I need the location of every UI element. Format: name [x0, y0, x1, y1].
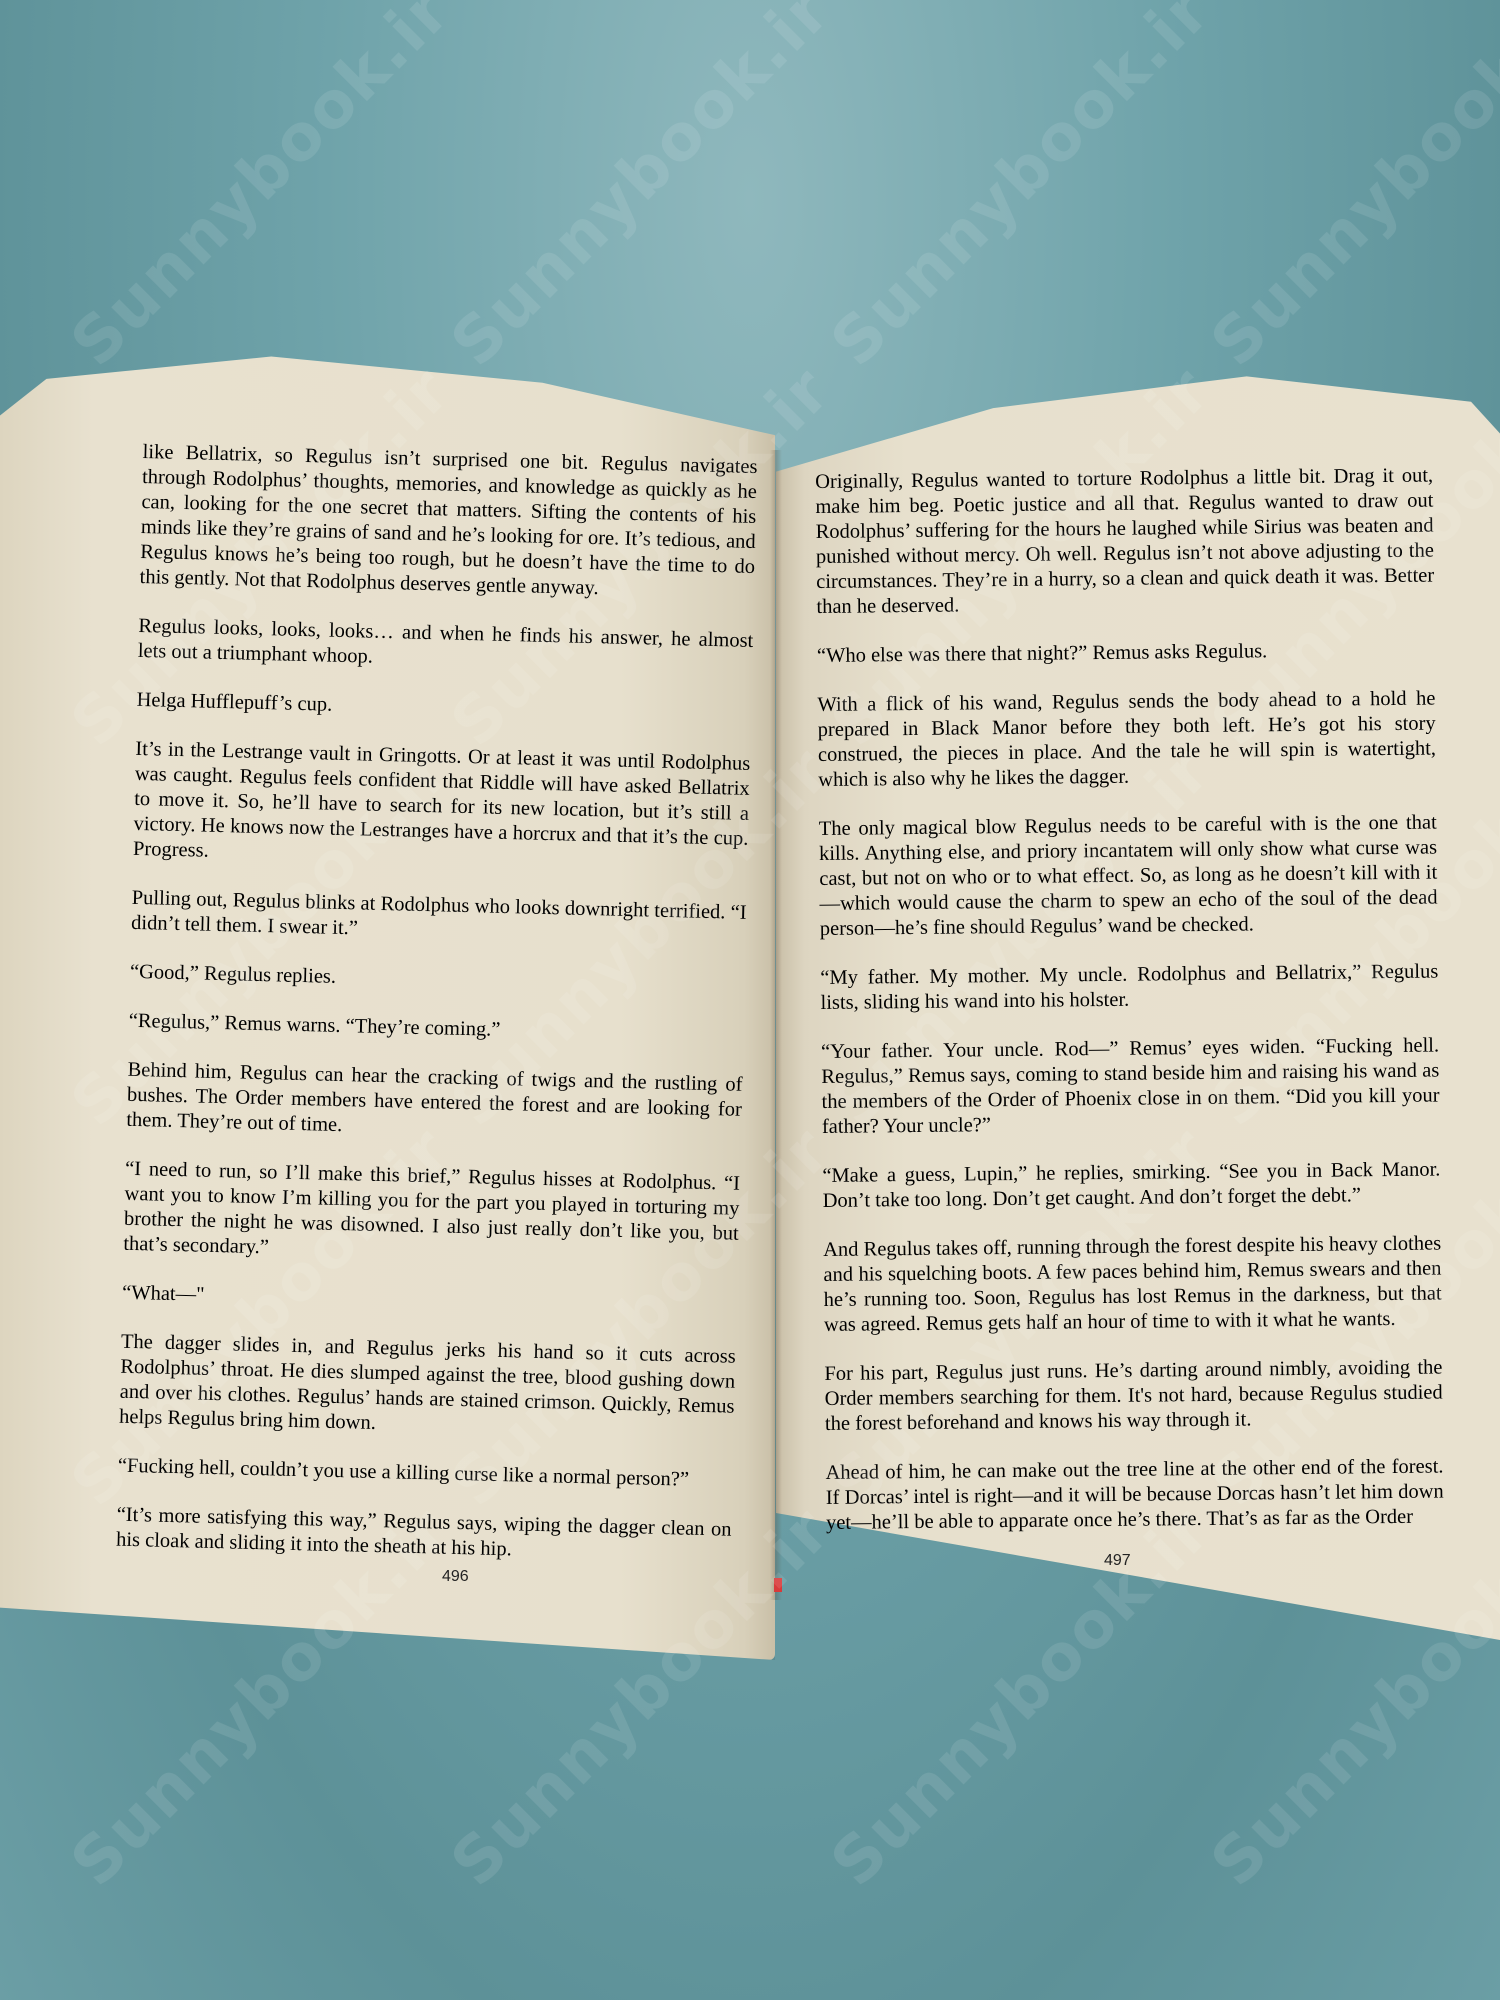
paragraph: Behind him, Regulus can hear the crackin…: [126, 1058, 743, 1148]
paragraph: Originally, Regulus wanted to torture Ro…: [815, 464, 1435, 620]
paragraph: Pulling out, Regulus blinks at Rodolphus…: [131, 886, 747, 951]
paragraph: “Make a guess, Lupin,” he replies, smirk…: [822, 1157, 1440, 1213]
paragraph: “My father. My mother. My uncle. Rodolph…: [820, 960, 1438, 1016]
paragraph: Regulus looks, looks, looks… and when he…: [138, 614, 754, 679]
book-spine: [770, 450, 782, 1600]
page-number-left: 496: [442, 1568, 469, 1586]
paragraph: The only magical blow Regulus needs to b…: [819, 811, 1438, 942]
watermark: Sunnybook.ir: [1197, 0, 1500, 381]
page-number-right: 497: [1104, 1552, 1131, 1570]
paragraph: And Regulus takes off, running through t…: [823, 1231, 1442, 1337]
paragraph: The dagger slides in, and Regulus jerks …: [119, 1330, 736, 1445]
paragraph: like Bellatrix, so Regulus isn’t surpris…: [139, 440, 757, 605]
paragraph: “Regulus,” Remus warns. “They’re coming.…: [128, 1009, 743, 1049]
paragraph: “It’s more satisfying this way,” Regulus…: [116, 1503, 732, 1568]
spine-cover-edge: [774, 1578, 782, 1592]
left-page-text: like Bellatrix, so Regulus isn’t surpris…: [115, 440, 758, 1592]
watermark: Sunnybook.ir: [437, 0, 845, 381]
paragraph: It’s in the Lestrange vault in Gringotts…: [133, 737, 751, 877]
paragraph: For his part, Regulus just runs. He’s da…: [824, 1355, 1443, 1436]
paragraph: “Who else was there that night?” Remus a…: [817, 638, 1435, 669]
paragraph: “What—": [122, 1281, 737, 1321]
paragraph: “Your father. Your uncle. Rod—” Remus’ e…: [821, 1033, 1440, 1139]
right-page-text: Originally, Regulus wanted to torture Ro…: [815, 464, 1444, 1560]
paragraph: Helga Hufflepuff’s cup.: [136, 688, 751, 728]
paragraph: “Fucking hell, couldn’t you use a killin…: [118, 1454, 733, 1494]
paragraph: “Good,” Regulus replies.: [130, 960, 745, 1000]
watermark: Sunnybook.ir: [817, 0, 1225, 381]
watermark: Sunnybook.ir: [57, 0, 465, 381]
paragraph: Ahead of him, he can make out the tree l…: [825, 1454, 1444, 1535]
paragraph: “I need to run, so I’ll make this brief,…: [123, 1157, 740, 1272]
paragraph: With a flick of his wand, Regulus sends …: [817, 687, 1436, 793]
